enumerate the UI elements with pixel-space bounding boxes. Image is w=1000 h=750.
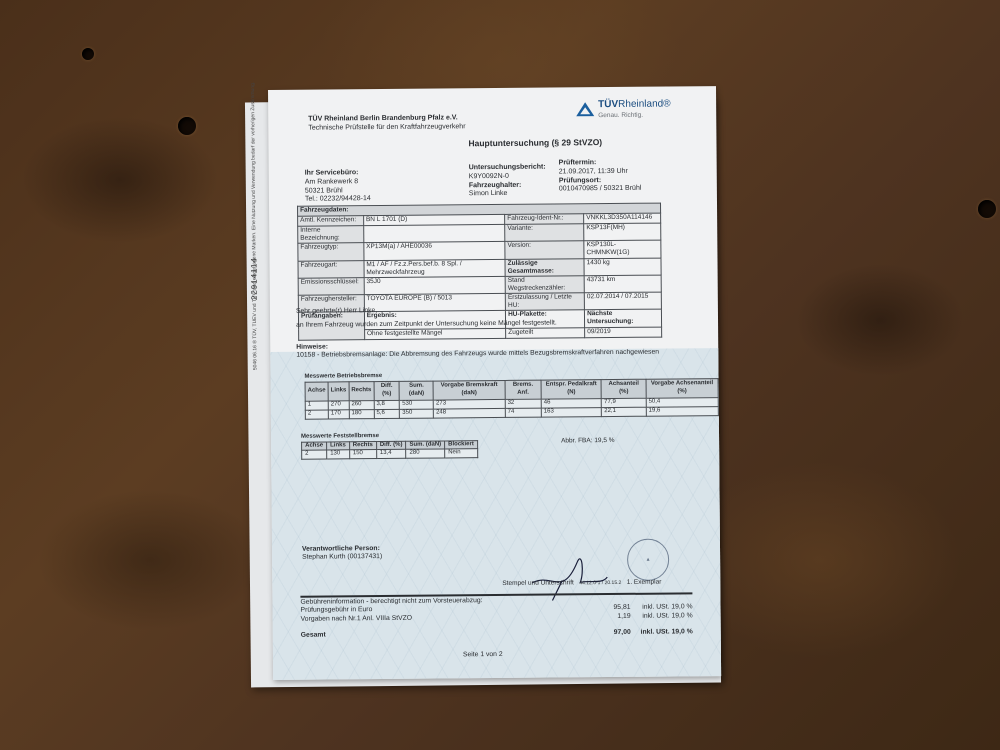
parking-brake-section: Messwerte Feststellbremse AchseLinksRech…	[301, 432, 478, 459]
column-header: Sum. (daN)	[399, 381, 433, 400]
table-cell: 3,8	[374, 400, 400, 409]
table-cell: 130	[327, 450, 350, 459]
tuv-triangle-icon	[576, 102, 594, 116]
table-cell: 280	[406, 449, 445, 458]
field-label: Amtl. Kennzeichen:	[298, 216, 364, 227]
table-cell: 170	[328, 409, 349, 418]
column-header: Achse	[302, 442, 327, 451]
table-cell: 22,1	[602, 407, 646, 416]
field-label: Variante:	[505, 224, 584, 242]
vin: VNKKL3D350A114146	[584, 213, 661, 224]
field-label: Fahrzeug-Ident-Nr.:	[505, 214, 584, 225]
column-header: Brems. Anf.	[505, 380, 541, 399]
gross-weight: 1430 kg	[584, 258, 661, 276]
total-value: 97,00	[591, 629, 631, 638]
column-header: Achsanteil (%)	[601, 379, 646, 398]
greeting: Sehr geehrte(r) Herr Linke,	[296, 305, 557, 316]
table-cell: 530	[400, 400, 434, 409]
version: KSP130L-CHMNKW(1G)	[584, 240, 661, 258]
column-header: Entspr. Pedalkraft (N)	[541, 379, 602, 399]
office-phone: Tel.: 02232/94428-14	[305, 195, 371, 204]
table-cell: 32	[505, 399, 541, 408]
table-cell: 5,6	[374, 409, 400, 418]
column-header: Diff. (%)	[376, 441, 406, 450]
table-cell: 180	[349, 409, 374, 418]
official-stamp: ▲	[627, 539, 669, 581]
emission-key: 35J0	[364, 276, 505, 294]
column-header: Links	[328, 381, 349, 400]
table-cell: 150	[349, 450, 376, 459]
field-label: Zulässige Gesamtmasse:	[505, 258, 584, 276]
registration-dates: 02.07.2014 / 07.2015	[584, 292, 661, 310]
service-office: Ihr Servicebüro: Am Rankewerk 8 50321 Br…	[305, 169, 371, 205]
field-label: Emissionsschlüssel:	[298, 277, 364, 295]
field-label: Version:	[505, 241, 584, 259]
fees-section: Gebühreninformation - berechtigt nicht z…	[300, 595, 692, 640]
table-cell: 270	[328, 400, 349, 409]
notes-section: Hinweise: 10158 - Betriebsbremsanlage: D…	[296, 340, 696, 360]
table-cell: 163	[541, 407, 602, 417]
sticker-value: Zugeteilt	[506, 327, 585, 338]
document-title: Hauptuntersuchung (§ 29 StVZO)	[468, 137, 602, 149]
field-label: Stand Wegstreckenzähler:	[505, 275, 584, 293]
brand-slogan: Genau. Richtig.	[598, 111, 670, 120]
inspection-report-document: 22914114 5046 06.16 ® TÜV, TUEV und TUV …	[268, 86, 721, 680]
table-cell: 248	[434, 408, 506, 418]
inspection-info: Prüftermin: 21.09.2017, 11:39 Uhr Prüfun…	[559, 159, 642, 195]
report-info: Untersuchungsbericht: K9Y0092N-0 Fahrzeu…	[469, 164, 546, 200]
table-cell: 13,4	[376, 449, 406, 458]
column-header: Vorgabe Bremskraft (daN)	[433, 380, 505, 400]
surface-hole	[978, 200, 996, 218]
table-cell: 74	[505, 408, 541, 417]
column-header: Diff. (%)	[374, 381, 400, 400]
table-cell: 1	[305, 400, 328, 409]
signature-line: Stempel und Unterschrift 44.12.0-1 / 20.…	[502, 579, 661, 589]
organization-header: TÜV Rheinland Berlin Brandenburg Pfalz e…	[308, 114, 465, 133]
vehicle-type: XP13M(a) / AHE00036	[364, 242, 505, 260]
page-number: Seite 1 von 2	[463, 651, 503, 660]
org-subtitle: Technische Prüfstelle für den Kraftfahrz…	[308, 123, 465, 133]
column-header: Rechts	[349, 441, 376, 450]
responsible-person: Verantwortliche Person: Stephan Kurth (0…	[302, 545, 382, 563]
fee-value: 95,81	[591, 604, 631, 613]
brand-name: TÜVRheinland®	[598, 98, 671, 111]
copy-number: 1. Exemplar	[627, 579, 662, 586]
table-row: 213015013,4280Nein	[302, 449, 478, 459]
parking-brake-deceleration: Abbr. FBA: 19,5 %	[561, 437, 615, 446]
field-label: Interne Bezeichnung:	[298, 226, 364, 244]
field-label: Fahrzeugtyp:	[298, 243, 364, 261]
internal-designation	[363, 224, 504, 242]
table-cell: 2	[302, 450, 327, 459]
table-cell: 77,9	[602, 398, 646, 407]
column-header: Sum. (daN)	[406, 440, 445, 449]
column-header: Achse	[305, 381, 328, 400]
inspection-place: 0010470985 / 50321 Brühl	[559, 185, 642, 194]
letter-text: Sehr geehrte(r) Herr Linke, an Ihrem Fah…	[296, 305, 557, 330]
parking-brake-table: AchseLinksRechtsDiff. (%)Sum. (daN)Block…	[301, 440, 478, 460]
fee-tax: inkl. USt. 19,0 %	[631, 612, 693, 621]
table-cell: 2	[305, 409, 328, 418]
fee-value: 1,19	[591, 613, 631, 622]
form-code: 44.12.0-1 / 20.15.2	[579, 580, 621, 586]
tuv-logo: TÜVRheinland® Genau. Richtig.	[576, 98, 671, 119]
field-label: Fahrzeugart:	[298, 260, 364, 278]
responsible-name: Stephan Kurth (00137431)	[302, 554, 382, 563]
variant: KSP13F(MH)	[584, 223, 661, 241]
column-header: Blockiert	[445, 440, 478, 449]
report-label: Untersuchungsbericht:	[469, 164, 546, 173]
owner-name: Simon Linke	[469, 190, 546, 199]
table-cell: 260	[349, 400, 374, 409]
fee-label: Vorgaben nach Nr.1 Anl. VIIIa StVZO	[301, 613, 591, 624]
stamp-label: Stempel und Unterschrift	[502, 579, 574, 587]
table-cell: 19,6	[646, 406, 718, 416]
total-tax: inkl. USt. 19,0 %	[631, 629, 693, 638]
odometer: 43731 km	[584, 275, 661, 293]
service-brake-section: Messwerte Betriebsbremse AchseLinksRecht…	[304, 370, 718, 419]
next-inspection-value: 09/2019	[585, 327, 662, 338]
table-cell: 350	[400, 409, 434, 418]
vehicle-kind: M1 / AF / Fz.z.Pers.bef.b. 8 Spl. / Mehr…	[364, 259, 505, 277]
next-inspection-label: Nächste Untersuchung:	[585, 309, 662, 327]
column-header: Vorgabe Achsenanteil (%)	[646, 378, 718, 398]
table-cell: Nein	[445, 449, 478, 458]
surface-hole	[82, 48, 94, 60]
service-brake-table: AchseLinksRechtsDiff. (%)Sum. (daN)Vorga…	[305, 378, 719, 420]
column-header: Rechts	[349, 381, 374, 400]
column-header: Links	[327, 441, 350, 450]
surface-hole	[178, 117, 196, 135]
